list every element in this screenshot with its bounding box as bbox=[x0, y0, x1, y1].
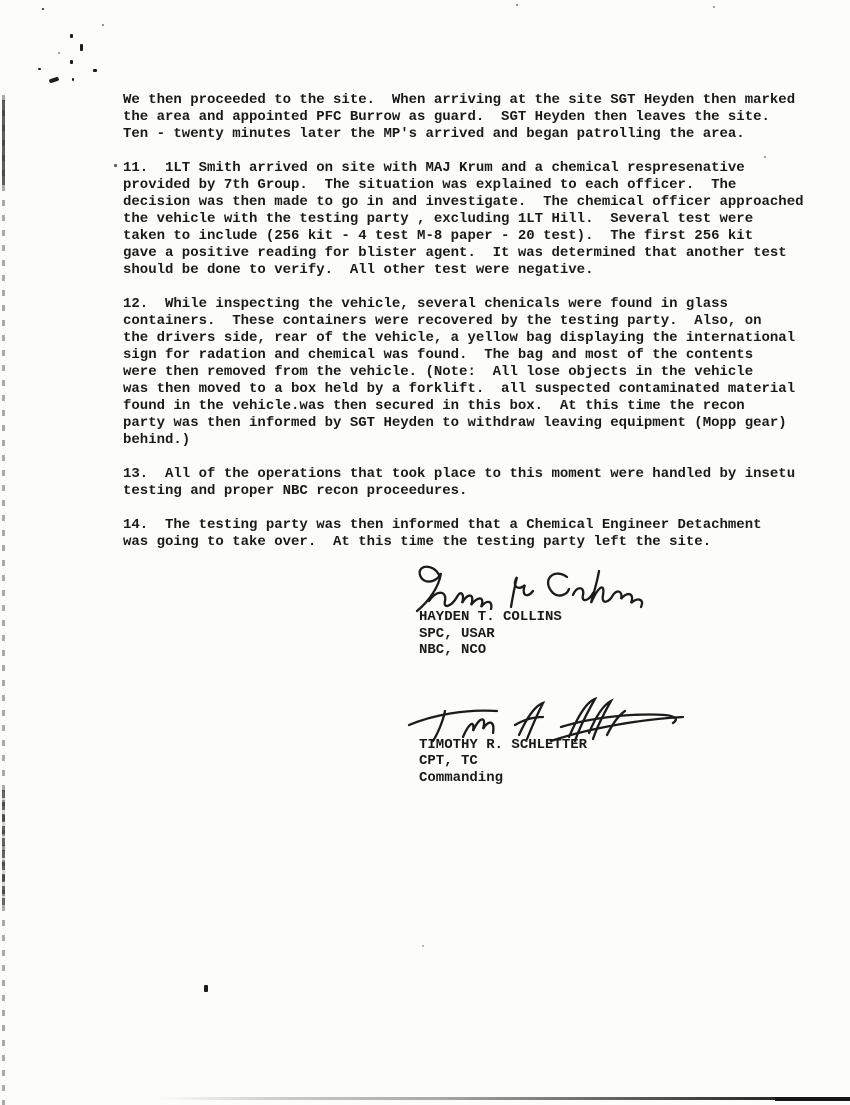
ink-speck bbox=[42, 8, 44, 10]
ink-speck bbox=[70, 34, 73, 38]
signature-block-schletter: TIMOTHY R. SCHLETTER CPT, TC Commanding bbox=[419, 695, 823, 787]
handwritten-signature-collins bbox=[409, 561, 649, 615]
scan-edge-artifact-left bbox=[2, 95, 5, 1105]
ink-speck bbox=[204, 985, 208, 992]
ink-speck bbox=[80, 44, 83, 51]
ink-speck bbox=[58, 52, 60, 54]
scan-edge-artifact-left-dark bbox=[2, 100, 5, 185]
ink-speck bbox=[72, 78, 74, 81]
paragraph-item-11: 11. 1LT Smith arrived on site with MAJ K… bbox=[123, 160, 823, 279]
signature-typed-name: TIMOTHY R. SCHLETTER bbox=[419, 737, 823, 754]
ink-speck bbox=[422, 945, 424, 947]
ink-speck bbox=[38, 68, 41, 70]
signature-title: Commanding bbox=[419, 770, 823, 787]
paragraph-item-12: 12. While inspecting the vehicle, severa… bbox=[123, 296, 823, 449]
scan-edge-artifact-bottom-dark bbox=[775, 1097, 850, 1101]
paragraph-item-14: 14. The testing party was then informed … bbox=[123, 517, 823, 551]
ink-speck bbox=[70, 60, 73, 64]
ink-speck bbox=[49, 77, 60, 84]
ink-speck bbox=[516, 4, 518, 6]
ink-speck bbox=[114, 164, 117, 167]
signature-typed-name: HAYDEN T. COLLINS bbox=[419, 609, 823, 626]
ink-speck bbox=[102, 24, 104, 26]
signature-rank: CPT, TC bbox=[419, 753, 823, 770]
scanned-document-page: We then proceeded to the site. When arri… bbox=[0, 0, 850, 1105]
signature-block-collins: HAYDEN T. COLLINS SPC, USAR NBC, NCO bbox=[419, 561, 823, 659]
paragraph-continuation: We then proceeded to the site. When arri… bbox=[123, 92, 823, 143]
ink-speck bbox=[93, 69, 97, 72]
ink-speck bbox=[713, 6, 715, 8]
scan-edge-artifact-left-dark bbox=[2, 790, 5, 905]
signature-rank: SPC, USAR bbox=[419, 626, 823, 643]
scan-edge-artifact-bottom bbox=[160, 1097, 850, 1100]
signature-title: NBC, NCO bbox=[419, 642, 823, 659]
document-body: We then proceeded to the site. When arri… bbox=[123, 92, 823, 786]
paragraph-item-13: 13. All of the operations that took plac… bbox=[123, 466, 823, 500]
